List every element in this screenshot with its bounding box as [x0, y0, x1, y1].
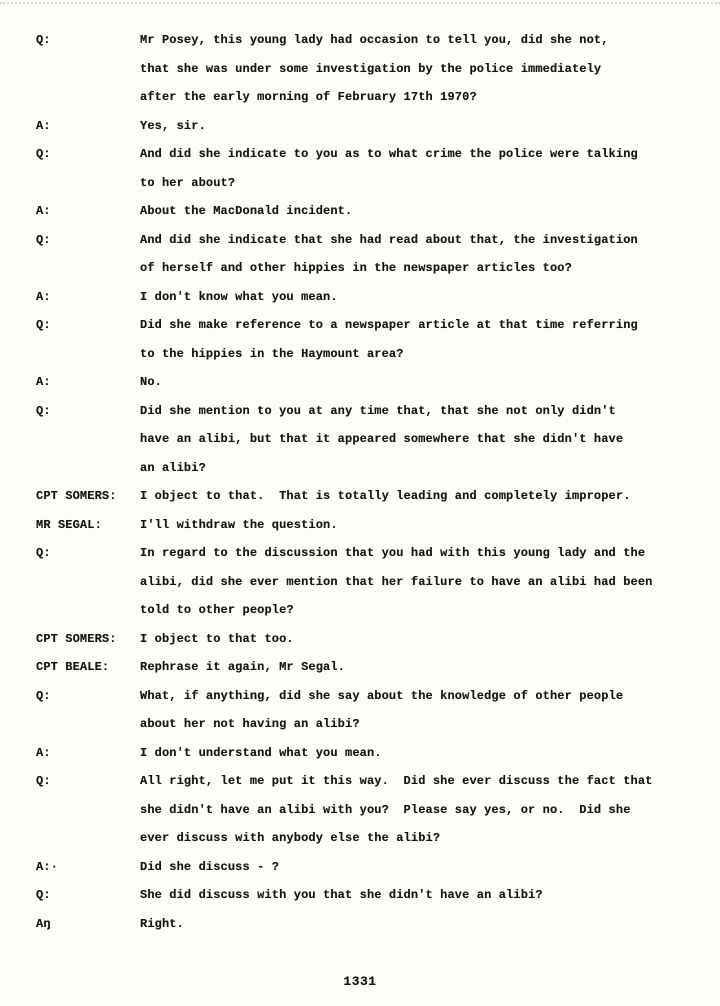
transcript-line: about her not having an alibi? [140, 710, 700, 739]
transcript-line: She did discuss with you that she didn't… [140, 881, 700, 910]
entry-text: And did she indicate to you as to what c… [140, 140, 700, 197]
entry-text: I object to that too. [140, 625, 700, 654]
entry-text: I don't know what you mean. [140, 283, 700, 312]
transcript-entry: A:Yes, sir. [36, 112, 700, 141]
transcript-entry: Q:All right, let me put it this way. Did… [36, 767, 700, 853]
transcript-line: I object to that too. [140, 625, 700, 654]
speaker-label: MR SEGAL: [36, 511, 140, 540]
page-number: 1331 [0, 974, 720, 989]
speaker-label: Q: [36, 226, 140, 255]
transcript-line: she didn't have an alibi with you? Pleas… [140, 796, 700, 825]
transcript-line: No. [140, 368, 700, 397]
entry-text: No. [140, 368, 700, 397]
speaker-label: A:· [36, 853, 140, 882]
transcript-line: Did she make reference to a newspaper ar… [140, 311, 700, 340]
entry-text: I object to that. That is totally leadin… [140, 482, 700, 511]
speaker-label: CPT BEALE: [36, 653, 140, 682]
transcript-line: to her about? [140, 169, 700, 198]
entry-text: I don't understand what you mean. [140, 739, 700, 768]
transcript-line: And did she indicate that she had read a… [140, 226, 700, 255]
transcript-line: Did she mention to you at any time that,… [140, 397, 700, 426]
entry-text: Did she mention to you at any time that,… [140, 397, 700, 483]
entry-text: Did she make reference to a newspaper ar… [140, 311, 700, 368]
transcript-line: I object to that. That is totally leadin… [140, 482, 700, 511]
entry-text: About the MacDonald incident. [140, 197, 700, 226]
transcript-entry: A:I don't know what you mean. [36, 283, 700, 312]
transcript-line: to the hippies in the Haymount area? [140, 340, 700, 369]
transcript-entry: Q:In regard to the discussion that you h… [36, 539, 700, 625]
speaker-label: Q: [36, 881, 140, 910]
transcript-entry: A:·Did she discuss - ? [36, 853, 700, 882]
speaker-label: Q: [36, 539, 140, 568]
entry-text: And did she indicate that she had read a… [140, 226, 700, 283]
transcript-entry: Q:What, if anything, did she say about t… [36, 682, 700, 739]
transcript-entry: CPT BEALE:Rephrase it again, Mr Segal. [36, 653, 700, 682]
transcript-line: told to other people? [140, 596, 700, 625]
transcript-line: I don't understand what you mean. [140, 739, 700, 768]
transcript-entry: CPT SOMERS:I object to that too. [36, 625, 700, 654]
transcript-line: Yes, sir. [140, 112, 700, 141]
entry-text: Right. [140, 910, 700, 939]
transcript-line: alibi, did she ever mention that her fai… [140, 568, 700, 597]
transcript-line: All right, let me put it this way. Did s… [140, 767, 700, 796]
transcript-entry: AŋRight. [36, 910, 700, 939]
speaker-label: Q: [36, 767, 140, 796]
transcript-line: And did she indicate to you as to what c… [140, 140, 700, 169]
transcript-entry: A:About the MacDonald incident. [36, 197, 700, 226]
transcript-page: Q:Mr Posey, this young lady had occasion… [0, 0, 720, 1006]
transcript-entry: Q:Did she make reference to a newspaper … [36, 311, 700, 368]
speaker-label: CPT SOMERS: [36, 482, 140, 511]
speaker-label: Q: [36, 140, 140, 169]
transcript-line: Mr Posey, this young lady had occasion t… [140, 26, 700, 55]
transcript-entry: A:I don't understand what you mean. [36, 739, 700, 768]
speaker-label: Q: [36, 311, 140, 340]
transcript-line: have an alibi, but that it appeared some… [140, 425, 700, 454]
transcript-line: Rephrase it again, Mr Segal. [140, 653, 700, 682]
transcript-entry: Q:And did she indicate that she had read… [36, 226, 700, 283]
transcript-line: an alibi? [140, 454, 700, 483]
transcript-line: of herself and other hippies in the news… [140, 254, 700, 283]
transcript-line: Right. [140, 910, 700, 939]
transcript-body: Q:Mr Posey, this young lady had occasion… [36, 26, 700, 938]
transcript-line: ever discuss with anybody else the alibi… [140, 824, 700, 853]
transcript-line: I don't know what you mean. [140, 283, 700, 312]
speaker-label: A: [36, 283, 140, 312]
transcript-entry: CPT SOMERS:I object to that. That is tot… [36, 482, 700, 511]
transcript-entry: Q:Did she mention to you at any time tha… [36, 397, 700, 483]
transcript-entry: Q:And did she indicate to you as to what… [36, 140, 700, 197]
transcript-line: About the MacDonald incident. [140, 197, 700, 226]
transcript-line: What, if anything, did she say about the… [140, 682, 700, 711]
transcript-entry: Q:Mr Posey, this young lady had occasion… [36, 26, 700, 112]
entry-text: Did she discuss - ? [140, 853, 700, 882]
speaker-label: Q: [36, 682, 140, 711]
transcript-entry: Q:She did discuss with you that she didn… [36, 881, 700, 910]
transcript-line: Did she discuss - ? [140, 853, 700, 882]
speaker-label: A: [36, 739, 140, 768]
entry-text: What, if anything, did she say about the… [140, 682, 700, 739]
speaker-label: A: [36, 112, 140, 141]
speaker-label: Q: [36, 397, 140, 426]
speaker-label: A: [36, 197, 140, 226]
entry-text: Rephrase it again, Mr Segal. [140, 653, 700, 682]
entry-text: All right, let me put it this way. Did s… [140, 767, 700, 853]
entry-text: In regard to the discussion that you had… [140, 539, 700, 625]
transcript-line: In regard to the discussion that you had… [140, 539, 700, 568]
transcript-entry: A:No. [36, 368, 700, 397]
speaker-label: Q: [36, 26, 140, 55]
speaker-label: Aŋ [36, 910, 140, 939]
transcript-line: I'll withdraw the question. [140, 511, 700, 540]
transcript-line: that she was under some investigation by… [140, 55, 700, 84]
transcript-entry: MR SEGAL:I'll withdraw the question. [36, 511, 700, 540]
transcript-line: after the early morning of February 17th… [140, 83, 700, 112]
speaker-label: A: [36, 368, 140, 397]
entry-text: She did discuss with you that she didn't… [140, 881, 700, 910]
page-top-edge-line [0, 2, 720, 4]
entry-text: I'll withdraw the question. [140, 511, 700, 540]
speaker-label: CPT SOMERS: [36, 625, 140, 654]
entry-text: Yes, sir. [140, 112, 700, 141]
entry-text: Mr Posey, this young lady had occasion t… [140, 26, 700, 112]
